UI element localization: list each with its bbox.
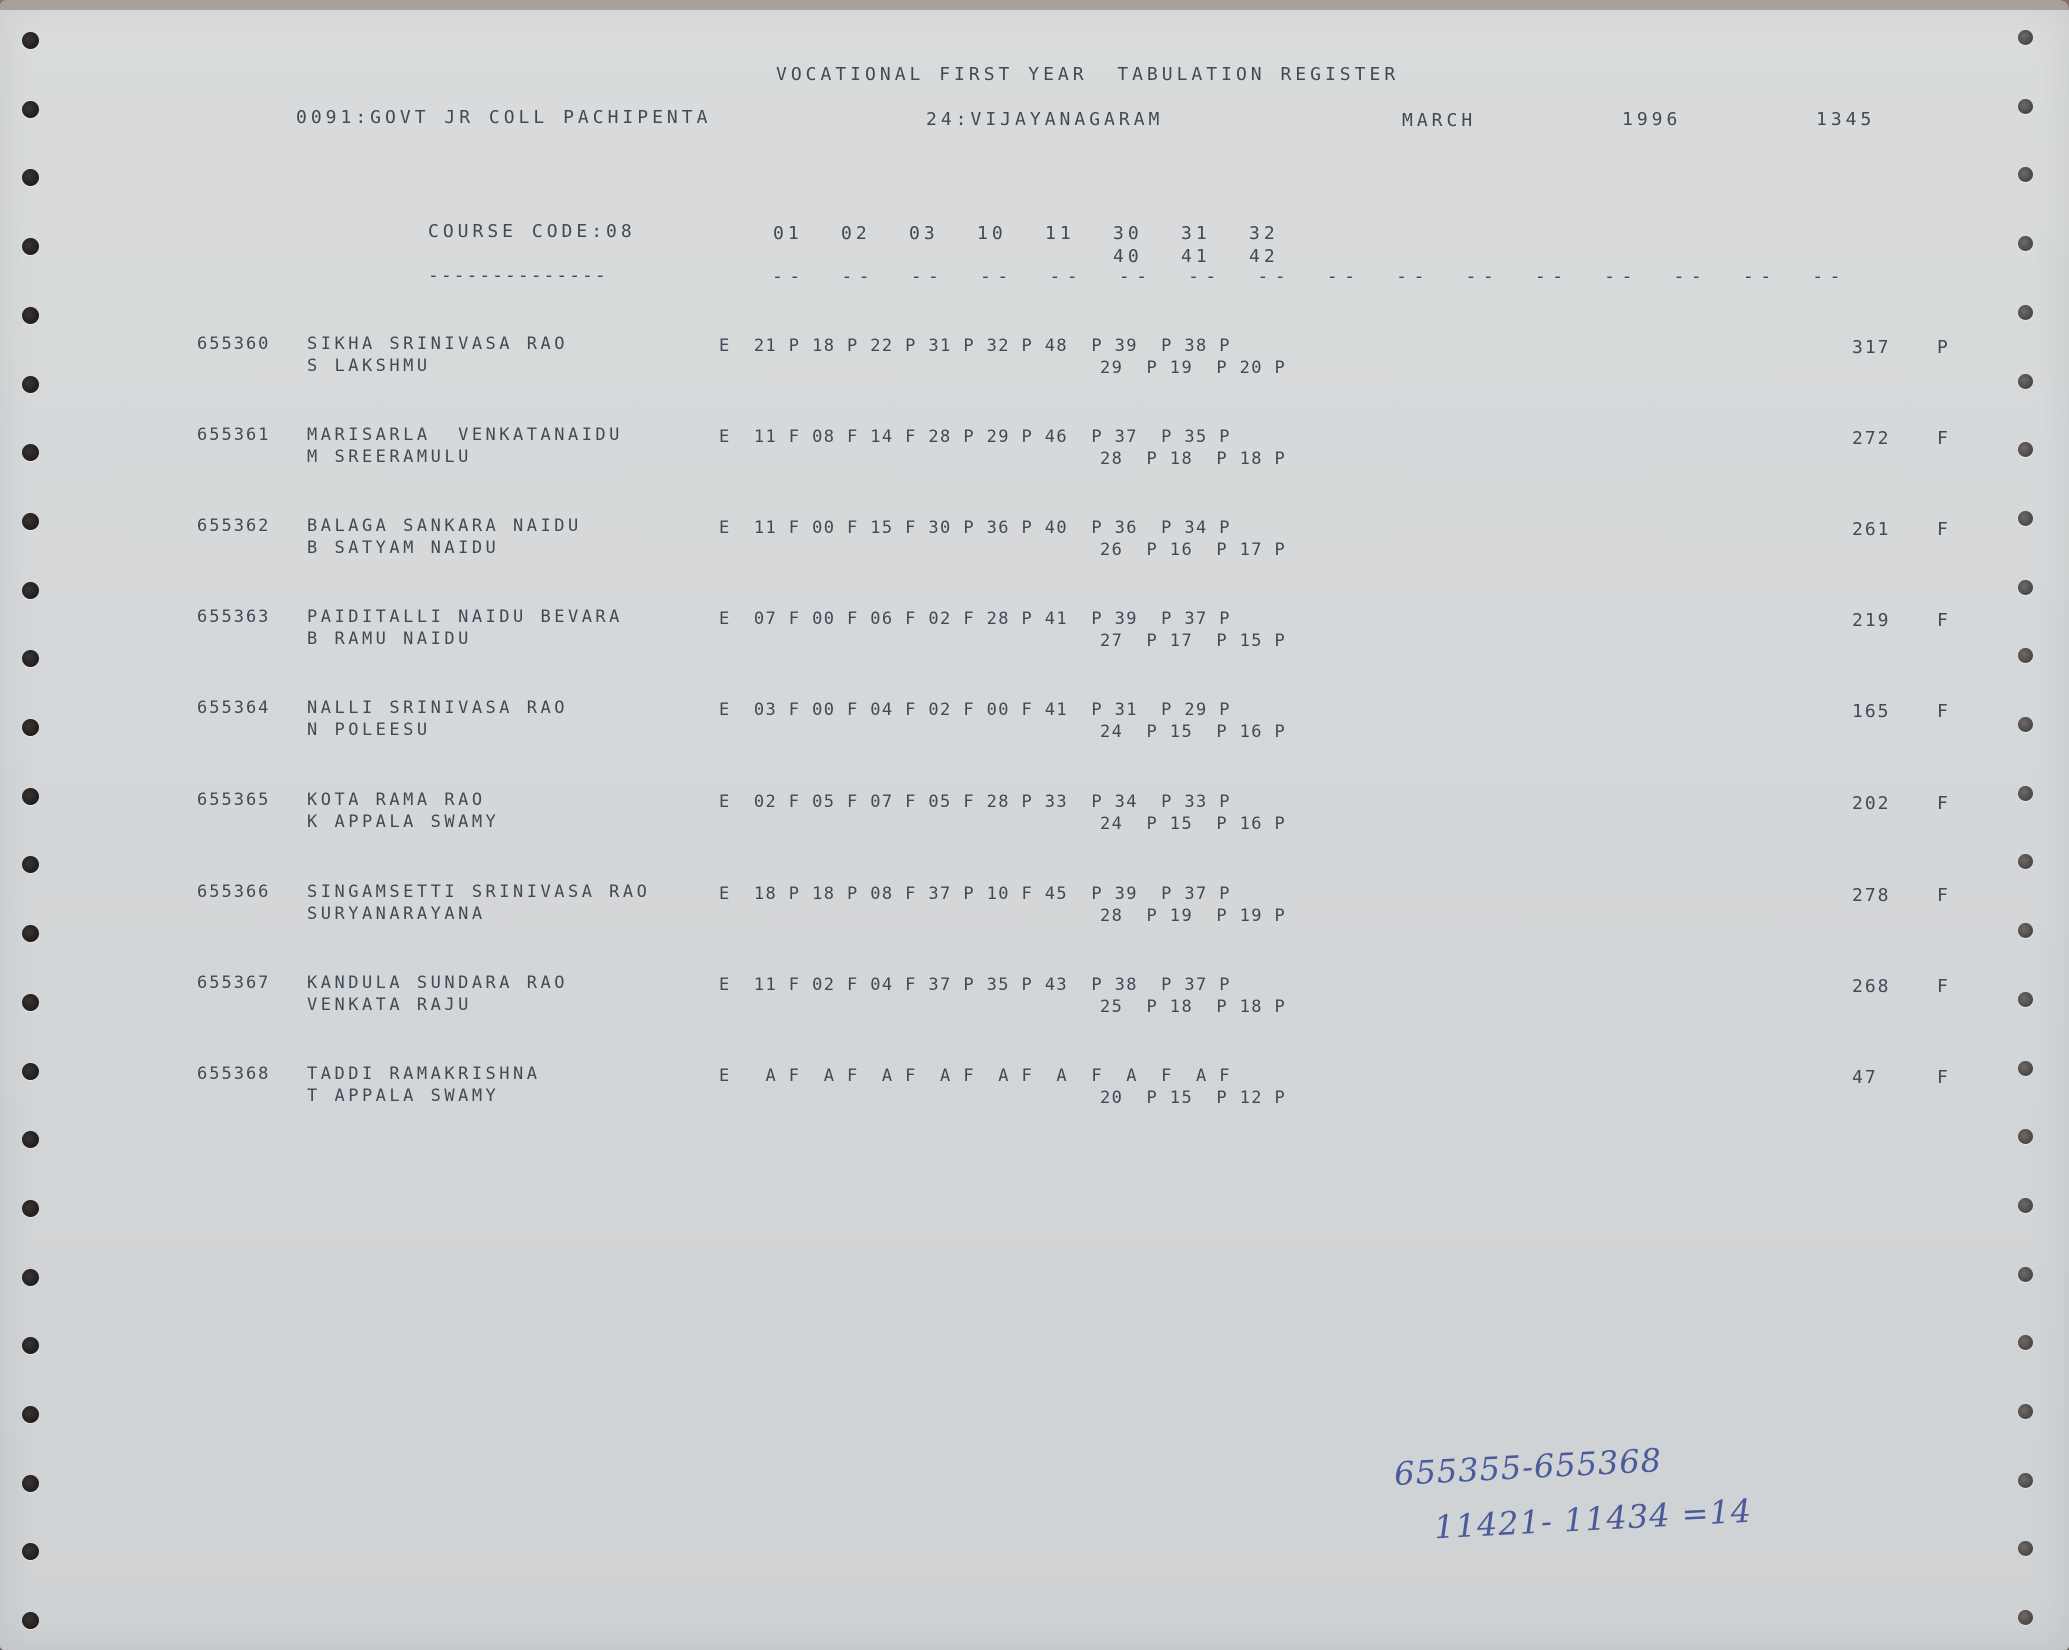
marks-line-1: E 02 F 05 F 07 F 05 F 28 P 33 P 34 P 33 … bbox=[719, 792, 1231, 812]
total-marks: 261 bbox=[1852, 519, 1891, 540]
roll-number: 655368 bbox=[197, 1064, 270, 1084]
feed-hole-icon bbox=[22, 1475, 39, 1492]
student-name: PAIDITALLI NAIDU BEVARA bbox=[307, 607, 623, 627]
roll-number: 655366 bbox=[197, 882, 270, 902]
marks-line-2: 26 P 16 P 17 P bbox=[1100, 540, 1286, 560]
marks-line-2: 24 P 15 P 16 P bbox=[1100, 722, 1286, 742]
feed-hole-icon bbox=[22, 582, 39, 599]
parent-name: T APPALA SWAMY bbox=[307, 1086, 499, 1106]
subject-code: 32 bbox=[1249, 223, 1279, 244]
marks-line-2: 28 P 18 P 18 P bbox=[1100, 449, 1286, 469]
feed-hole-icon bbox=[2018, 1061, 2033, 1076]
feed-hole-icon bbox=[22, 101, 39, 118]
exam-month: MARCH bbox=[1402, 110, 1476, 131]
district-name: 24:VIJAYANAGARAM bbox=[926, 109, 1163, 130]
parent-name: SURYANARAYANA bbox=[307, 904, 486, 924]
feed-hole-icon bbox=[2018, 923, 2033, 938]
result-status: F bbox=[1937, 701, 1950, 722]
feed-hole-icon bbox=[22, 1131, 39, 1148]
feed-hole-icon bbox=[2018, 1404, 2033, 1419]
subject-code: 11 bbox=[1045, 223, 1075, 244]
roll-number: 655363 bbox=[197, 607, 270, 627]
marks-line-2: 24 P 15 P 16 P bbox=[1100, 814, 1286, 834]
total-marks: 47 bbox=[1852, 1067, 1878, 1088]
subject-code: 01 bbox=[773, 223, 803, 244]
parent-name: B SATYAM NAIDU bbox=[307, 538, 499, 558]
feed-hole-icon bbox=[2018, 167, 2033, 182]
marks-line-1: E 11 F 02 F 04 F 37 P 35 P 43 P 38 P 37 … bbox=[719, 975, 1231, 995]
exam-year: 1996 bbox=[1622, 109, 1681, 130]
college-name: 0091:GOVT JR COLL PACHIPENTA bbox=[296, 107, 711, 128]
marks-line-1: E 18 P 18 P 08 F 37 P 10 F 45 P 39 P 37 … bbox=[719, 884, 1231, 904]
feed-hole-icon bbox=[22, 169, 39, 186]
feed-hole-icon bbox=[2018, 1610, 2033, 1625]
page-number: 1345 bbox=[1816, 109, 1875, 130]
paper-top-edge bbox=[0, 0, 2069, 10]
feed-hole-icon bbox=[2018, 30, 2033, 45]
result-status: F bbox=[1937, 1067, 1950, 1088]
marks-line-2: 27 P 17 P 15 P bbox=[1100, 631, 1286, 651]
parent-name: VENKATA RAJU bbox=[307, 995, 472, 1015]
marks-line-1: E 07 F 00 F 06 F 02 F 28 P 41 P 39 P 37 … bbox=[719, 609, 1231, 629]
total-marks: 165 bbox=[1852, 701, 1891, 722]
roll-number: 655361 bbox=[197, 425, 270, 445]
feed-hole-icon bbox=[22, 238, 39, 255]
feed-hole-icon bbox=[22, 994, 39, 1011]
marks-line-1: E 11 F 00 F 15 F 30 P 36 P 40 P 36 P 34 … bbox=[719, 518, 1231, 538]
student-name: SINGAMSETTI SRINIVASA RAO bbox=[307, 882, 650, 902]
course-code-underline: -------------- bbox=[428, 265, 608, 286]
subject-code: 40 bbox=[1113, 246, 1143, 267]
student-name: NALLI SRINIVASA RAO bbox=[307, 698, 568, 718]
feed-hole-icon bbox=[2018, 374, 2033, 389]
feed-hole-icon bbox=[2018, 1473, 2033, 1488]
roll-number: 655367 bbox=[197, 973, 270, 993]
marks-line-2: 25 P 18 P 18 P bbox=[1100, 997, 1286, 1017]
feed-hole-icon bbox=[22, 376, 39, 393]
feed-hole-icon bbox=[22, 856, 39, 873]
feed-hole-icon bbox=[22, 719, 39, 736]
feed-hole-icon bbox=[2018, 992, 2033, 1007]
marks-line-1: E 03 F 00 F 04 F 02 F 00 F 41 P 31 P 29 … bbox=[719, 700, 1231, 720]
roll-number: 655360 bbox=[197, 334, 270, 354]
feed-hole-icon bbox=[22, 1406, 39, 1423]
subject-code: 41 bbox=[1181, 246, 1211, 267]
marks-line-1: E 21 P 18 P 22 P 31 P 32 P 48 P 39 P 38 … bbox=[719, 336, 1231, 356]
register-title: VOCATIONAL FIRST YEAR TABULATION REGISTE… bbox=[776, 64, 1399, 85]
feed-hole-icon bbox=[2018, 99, 2033, 114]
feed-hole-icon bbox=[2018, 648, 2033, 663]
result-status: F bbox=[1937, 519, 1950, 540]
total-marks: 268 bbox=[1852, 976, 1891, 997]
result-status: F bbox=[1937, 610, 1950, 631]
handwritten-roll-range: 655355-655368 bbox=[1393, 1441, 1663, 1493]
feed-hole-icon bbox=[2018, 717, 2033, 732]
course-code-label: COURSE CODE:08 bbox=[428, 221, 636, 242]
subject-code: 02 bbox=[841, 223, 871, 244]
student-name: TADDI RAMAKRISHNA bbox=[307, 1064, 541, 1084]
subject-code: 31 bbox=[1181, 223, 1211, 244]
total-marks: 202 bbox=[1852, 793, 1891, 814]
result-status: F bbox=[1937, 428, 1950, 449]
parent-name: M SREERAMULU bbox=[307, 447, 472, 467]
parent-name: B RAMU NAIDU bbox=[307, 629, 472, 649]
roll-number: 655364 bbox=[197, 698, 270, 718]
result-status: F bbox=[1937, 885, 1950, 906]
feed-hole-icon bbox=[22, 32, 39, 49]
tractor-feed-holes-right bbox=[2018, 0, 2058, 1650]
roll-number: 655365 bbox=[197, 790, 270, 810]
parent-name: K APPALA SWAMY bbox=[307, 812, 499, 832]
tractor-feed-holes-left bbox=[22, 0, 62, 1650]
marks-line-2: 20 P 15 P 12 P bbox=[1100, 1088, 1286, 1108]
feed-hole-icon bbox=[2018, 1267, 2033, 1282]
total-marks: 278 bbox=[1852, 885, 1891, 906]
feed-hole-icon bbox=[22, 788, 39, 805]
feed-hole-icon bbox=[22, 925, 39, 942]
handwritten-count-note: 11421- 11434 =14 bbox=[1433, 1492, 1753, 1547]
feed-hole-icon bbox=[2018, 236, 2033, 251]
feed-hole-icon bbox=[2018, 580, 2033, 595]
tabulation-register-sheet: VOCATIONAL FIRST YEAR TABULATION REGISTE… bbox=[0, 0, 2069, 1650]
subject-code: 30 bbox=[1113, 223, 1143, 244]
marks-line-2: 28 P 19 P 19 P bbox=[1100, 906, 1286, 926]
student-name: BALAGA SANKARA NAIDU bbox=[307, 516, 582, 536]
feed-hole-icon bbox=[2018, 854, 2033, 869]
subject-code: 03 bbox=[909, 223, 939, 244]
result-status: F bbox=[1937, 976, 1950, 997]
marks-line-2: 29 P 19 P 20 P bbox=[1100, 358, 1286, 378]
feed-hole-icon bbox=[22, 513, 39, 530]
subject-dash-row: -- -- -- -- -- -- -- -- -- -- -- -- -- -… bbox=[772, 266, 1847, 287]
feed-hole-icon bbox=[2018, 1541, 2033, 1556]
feed-hole-icon bbox=[22, 444, 39, 461]
roll-number: 655362 bbox=[197, 516, 270, 536]
feed-hole-icon bbox=[2018, 442, 2033, 457]
student-name: SIKHA SRINIVASA RAO bbox=[307, 334, 568, 354]
feed-hole-icon bbox=[22, 1612, 39, 1629]
feed-hole-icon bbox=[22, 307, 39, 324]
subject-code: 42 bbox=[1249, 246, 1279, 267]
total-marks: 317 bbox=[1852, 337, 1891, 358]
result-status: P bbox=[1937, 337, 1950, 358]
feed-hole-icon bbox=[22, 1200, 39, 1217]
feed-hole-icon bbox=[2018, 1129, 2033, 1144]
feed-hole-icon bbox=[22, 1337, 39, 1354]
feed-hole-icon bbox=[2018, 1335, 2033, 1350]
parent-name: N POLEESU bbox=[307, 720, 431, 740]
marks-line-1: E A F A F A F A F A F A F A F A F bbox=[719, 1066, 1231, 1086]
subject-code: 10 bbox=[977, 223, 1007, 244]
total-marks: 272 bbox=[1852, 428, 1891, 449]
student-name: KOTA RAMA RAO bbox=[307, 790, 486, 810]
feed-hole-icon bbox=[22, 1269, 39, 1286]
student-name: KANDULA SUNDARA RAO bbox=[307, 973, 568, 993]
marks-line-1: E 11 F 08 F 14 F 28 P 29 P 46 P 37 P 35 … bbox=[719, 427, 1231, 447]
feed-hole-icon bbox=[22, 1063, 39, 1080]
parent-name: S LAKSHMU bbox=[307, 356, 431, 376]
total-marks: 219 bbox=[1852, 610, 1891, 631]
feed-hole-icon bbox=[22, 1543, 39, 1560]
feed-hole-icon bbox=[2018, 786, 2033, 801]
student-name: MARISARLA VENKATANAIDU bbox=[307, 425, 623, 445]
result-status: F bbox=[1937, 793, 1950, 814]
feed-hole-icon bbox=[2018, 1198, 2033, 1213]
feed-hole-icon bbox=[22, 650, 39, 667]
feed-hole-icon bbox=[2018, 511, 2033, 526]
feed-hole-icon bbox=[2018, 305, 2033, 320]
